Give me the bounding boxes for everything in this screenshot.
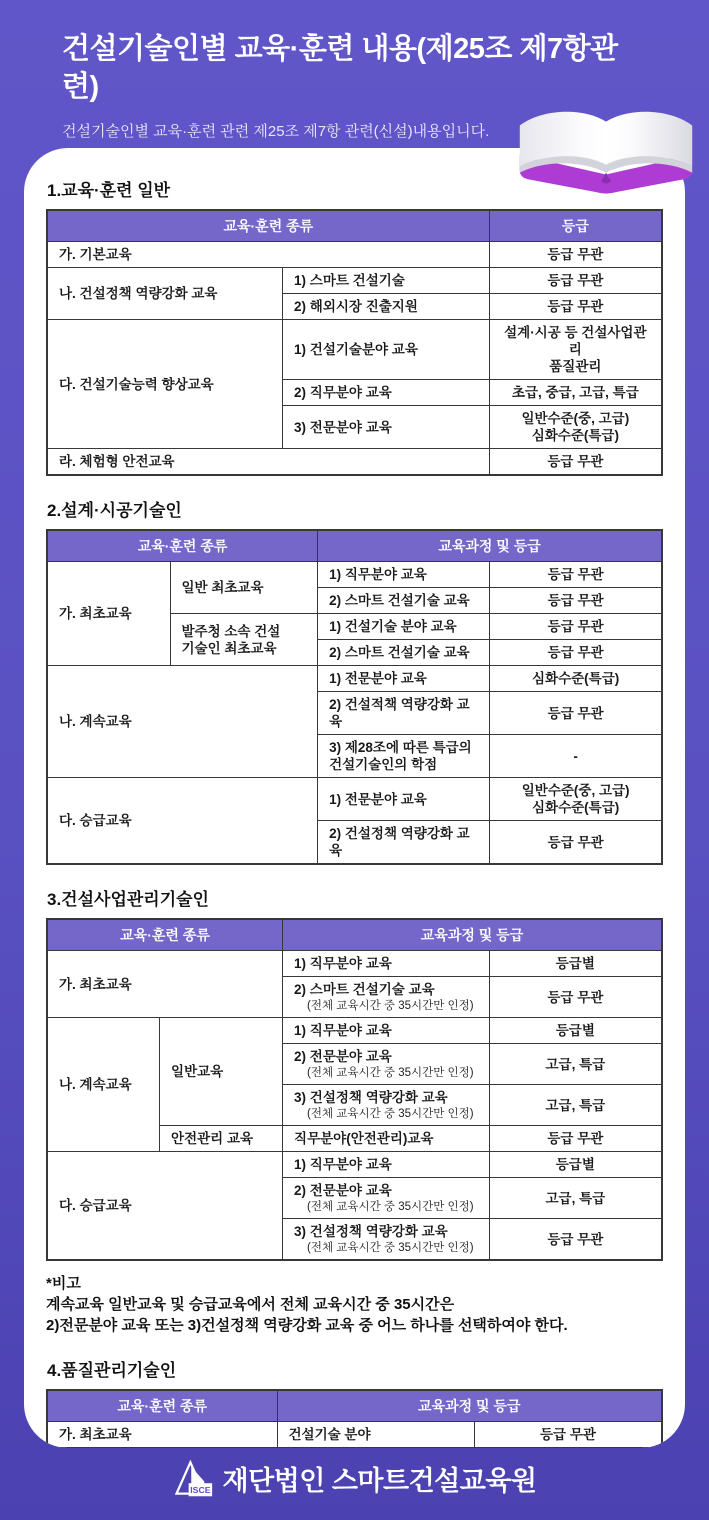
- table-cell: 가. 최초교육: [47, 562, 170, 666]
- isce-logo-icon: ISCE: [173, 1456, 213, 1500]
- table-cell: 고급, 특급: [489, 1178, 662, 1219]
- table-cell: 등급 무관: [489, 242, 662, 268]
- table-row: 나. 계속교육건설기술 분야등급별: [47, 1448, 662, 1449]
- isce-logo-text: ISCE: [190, 1485, 210, 1495]
- page-title: 건설기술인별 교육·훈련 내용(제25조 제7항관련): [62, 30, 647, 106]
- column-header: 교육·훈련 종류: [47, 210, 489, 242]
- education-table-construction-management: 교육·훈련 종류교육과정 및 등급가. 최초교육1) 직무분야 교육등급별2) …: [46, 918, 663, 1261]
- open-book-icon: [508, 104, 704, 200]
- table-cell: 2) 스마트 건설기술 교육: [318, 588, 490, 614]
- table-cell: 일반수준(중, 고급) 심화수준(특급): [490, 778, 662, 821]
- column-header: 등급: [489, 210, 662, 242]
- table-row: 라. 체험형 안전교육등급 무관: [47, 449, 662, 476]
- table-cell: 등급별: [489, 1152, 662, 1178]
- table-cell: 등급 무관: [489, 1219, 662, 1261]
- table-cell: 나. 계속교육: [47, 1018, 160, 1152]
- table-cell: 1) 건설기술분야 교육: [283, 320, 490, 380]
- education-table-quality-management: 교육·훈련 종류교육과정 및 등급가. 최초교육건설기술 분야등급 무관나. 계…: [46, 1389, 663, 1448]
- table-cell: 3) 건설정책 역량강화 교육(전체 교육시간 중 35시간만 인정): [283, 1219, 490, 1261]
- table-header-row: 교육·훈련 종류교육과정 및 등급: [47, 530, 662, 562]
- table-cell: 설계·시공 등 건설사업관리 품질관리: [489, 320, 662, 380]
- section-title-4: 4.품질관리기술인: [47, 1356, 663, 1381]
- page-background: { "header": { "title": "건설기술인별 교육·훈련 내용(…: [0, 0, 709, 1520]
- table-cell: 등급 무관: [490, 614, 662, 640]
- table-cell: 다. 승급교육: [47, 1152, 283, 1261]
- table-cell: 1) 전문분야 교육: [318, 778, 490, 821]
- table-cell: 등급 무관: [474, 1422, 662, 1448]
- table-row: 가. 최초교육건설기술 분야등급 무관: [47, 1422, 662, 1448]
- table-cell: 나. 건설정책 역량강화 교육: [47, 268, 283, 320]
- table-cell: 안전관리 교육: [160, 1126, 283, 1152]
- table-cell: 1) 전문분야 교육: [318, 666, 490, 692]
- table-cell: 직무분야(안전관리)교육: [283, 1126, 490, 1152]
- table-cell: 등급 무관: [489, 268, 662, 294]
- table-cell: 2) 전문분야 교육(전체 교육시간 중 35시간만 인정): [283, 1044, 490, 1085]
- table-cell: 일반수준(중, 고급) 심화수준(특급): [489, 406, 662, 449]
- table-cell: 3) 전문분야 교육: [283, 406, 490, 449]
- content-card: 1.교육·훈련 일반 교육·훈련 종류등급가. 기본교육등급 무관나. 건설정책…: [24, 148, 685, 1448]
- table-header-row: 교육·훈련 종류등급: [47, 210, 662, 242]
- table-cell: 등급 무관: [489, 1126, 662, 1152]
- table-cell: 2) 직무분야 교육: [283, 380, 490, 406]
- column-header: 교육·훈련 종류: [47, 530, 318, 562]
- table-cell: 가. 최초교육: [47, 1422, 277, 1448]
- table-cell: 1) 건설기술 분야 교육: [318, 614, 490, 640]
- footer: ISCE 재단법인 스마트건설교육원: [0, 1456, 709, 1500]
- table-header-row: 교육·훈련 종류교육과정 및 등급: [47, 919, 662, 951]
- column-header: 교육과정 및 등급: [277, 1390, 662, 1422]
- table-cell: 등급별: [489, 1018, 662, 1044]
- table-cell: -: [490, 735, 662, 778]
- table-cell: 초급, 중급, 고급, 특급: [489, 380, 662, 406]
- table-cell: 등급 무관: [490, 640, 662, 666]
- table-cell: 고급, 특급: [489, 1044, 662, 1085]
- section-title-2: 2.설계·시공기술인: [47, 496, 663, 521]
- table-cell: 다. 승급교육: [47, 778, 318, 865]
- org-name: 재단법인 스마트건설교육원: [223, 1459, 537, 1498]
- table-cell: 등급 무관: [490, 821, 662, 865]
- table-cell: 나. 계속교육: [47, 1448, 277, 1449]
- table-cell: 라. 체험형 안전교육: [47, 449, 489, 476]
- table-cell: 등급 무관: [489, 449, 662, 476]
- table-cell: 등급 무관: [490, 588, 662, 614]
- table-cell: 2) 스마트 건설기술 교육: [318, 640, 490, 666]
- table-cell: 발주청 소속 건설 기술인 최초교육: [170, 614, 318, 666]
- table-cell: 가. 최초교육: [47, 951, 283, 1018]
- table-cell: 2) 스마트 건설기술 교육(전체 교육시간 중 35시간만 인정): [283, 977, 490, 1018]
- table-row: 가. 최초교육1) 직무분야 교육등급별: [47, 951, 662, 977]
- table-cell: 일반 최초교육: [170, 562, 318, 614]
- column-header: 교육·훈련 종류: [47, 1390, 277, 1422]
- section-title-3: 3.건설사업관리기술인: [47, 885, 663, 910]
- table-cell: 등급 무관: [489, 977, 662, 1018]
- table-cell: 3) 제28조에 따른 특급의 건설기술인의 학점: [318, 735, 490, 778]
- education-table-general: 교육·훈련 종류등급가. 기본교육등급 무관나. 건설정책 역량강화 교육1) …: [46, 209, 663, 476]
- table-cell: 가. 기본교육: [47, 242, 489, 268]
- table-row: 나. 건설정책 역량강화 교육1) 스마트 건설기술등급 무관: [47, 268, 662, 294]
- table-cell: 1) 직무분야 교육: [318, 562, 490, 588]
- table-cell: 건설기술 분야: [277, 1448, 474, 1449]
- column-header: 교육과정 및 등급: [283, 919, 662, 951]
- table-row: 가. 최초교육일반 최초교육1) 직무분야 교육등급 무관: [47, 562, 662, 588]
- education-table-design-construction: 교육·훈련 종류교육과정 및 등급가. 최초교육일반 최초교육1) 직무분야 교…: [46, 529, 663, 865]
- table-cell: 2) 건설적책 역량강화 교육: [318, 692, 490, 735]
- table-cell: 1) 직무분야 교육: [283, 1018, 490, 1044]
- table-cell: 다. 건설기술능력 향상교육: [47, 320, 283, 449]
- table-cell: 고급, 특급: [489, 1085, 662, 1126]
- table-row: 다. 승급교육1) 직무분야 교육등급별: [47, 1152, 662, 1178]
- table-cell: 등급별: [474, 1448, 662, 1449]
- table-cell: 3) 건설정책 역량강화 교육(전체 교육시간 중 35시간만 인정): [283, 1085, 490, 1126]
- column-header: 교육과정 및 등급: [318, 530, 662, 562]
- table-cell: 2) 전문분야 교육(전체 교육시간 중 35시간만 인정): [283, 1178, 490, 1219]
- remark-note: *비고 계속교육 일반교육 및 승급교육에서 전체 교육시간 중 35시간은 2…: [46, 1273, 663, 1336]
- table-row: 다. 건설기술능력 향상교육1) 건설기술분야 교육설계·시공 등 건설사업관리…: [47, 320, 662, 380]
- table-cell: 나. 계속교육: [47, 666, 318, 778]
- table-cell: 등급 무관: [490, 692, 662, 735]
- table-header-row: 교육·훈련 종류교육과정 및 등급: [47, 1390, 662, 1422]
- table-cell: 2) 건설정책 역량강화 교육: [318, 821, 490, 865]
- table-row: 가. 기본교육등급 무관: [47, 242, 662, 268]
- table-cell: 일반교육: [160, 1018, 283, 1126]
- table-cell: 건설기술 분야: [277, 1422, 474, 1448]
- table-row: 나. 계속교육일반교육1) 직무분야 교육등급별: [47, 1018, 662, 1044]
- table-cell: 등급별: [489, 951, 662, 977]
- table-cell: 등급 무관: [490, 562, 662, 588]
- table-cell: 1) 스마트 건설기술: [283, 268, 490, 294]
- table-cell: 1) 직무분야 교육: [283, 1152, 490, 1178]
- table-cell: 2) 해외시장 진출지원: [283, 294, 490, 320]
- table-cell: 심화수준(특급): [490, 666, 662, 692]
- table-cell: 등급 무관: [489, 294, 662, 320]
- table-row: 나. 계속교육1) 전문분야 교육심화수준(특급): [47, 666, 662, 692]
- table-cell: 1) 직무분야 교육: [283, 951, 490, 977]
- table-row: 다. 승급교육1) 전문분야 교육일반수준(중, 고급) 심화수준(특급): [47, 778, 662, 821]
- column-header: 교육·훈련 종류: [47, 919, 283, 951]
